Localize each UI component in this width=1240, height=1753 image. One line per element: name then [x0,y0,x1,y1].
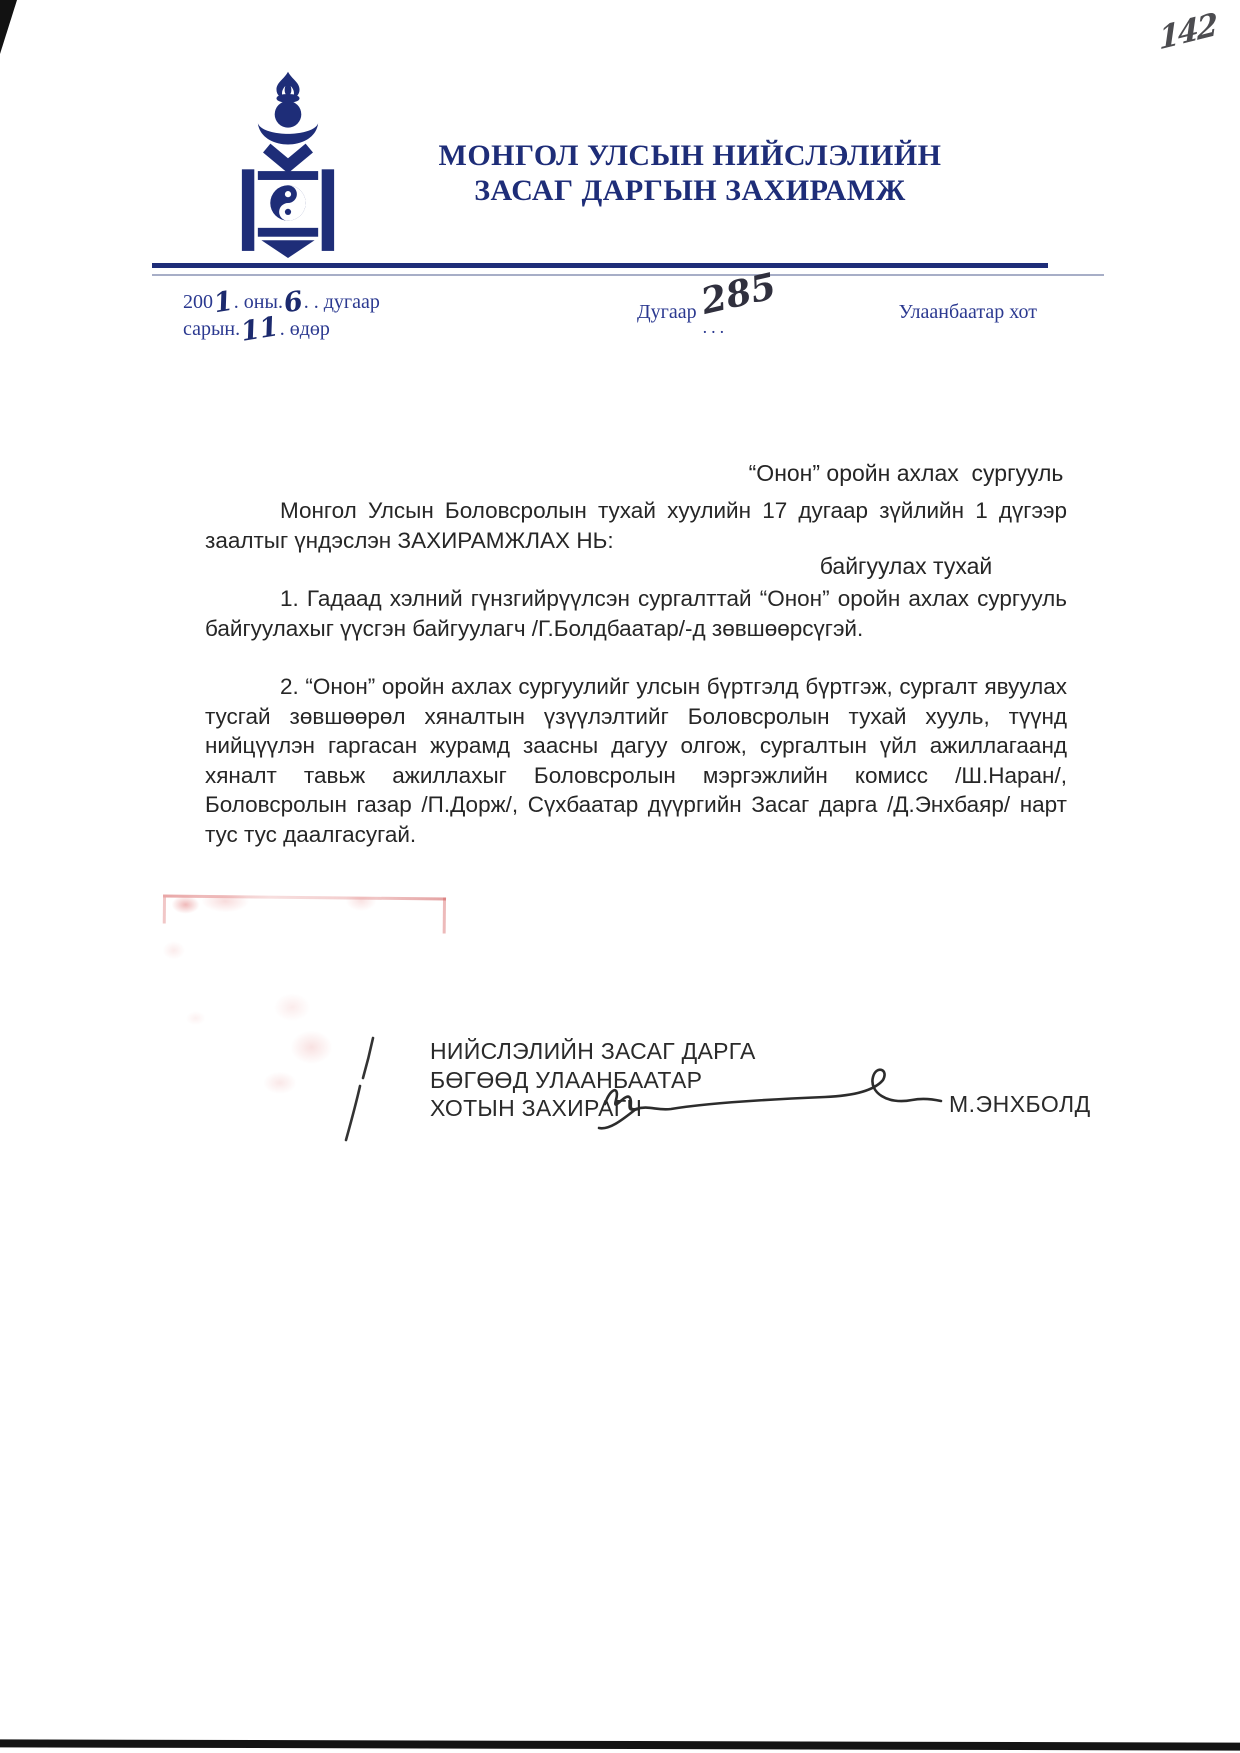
red-stamp-left-edge [163,898,166,924]
signature-stroke [585,1058,985,1138]
date-line2: сарын.11. өдөр [183,316,380,343]
signatory-name: М.ЭНХБОЛД [949,1091,1091,1118]
header-rule-thin [152,274,1104,276]
header-rule [152,263,1048,268]
red-stamp-corner [443,897,446,933]
handwritten-month-digit: 6 [284,302,303,305]
red-stamp-top-edge [163,895,446,901]
pen-slash-stroke [340,1028,385,1148]
letterhead-title: МОНГОЛ УЛСЫН НИЙСЛЭЛИЙН ЗАСАГ ДАРГЫН ЗАХ… [370,138,1010,208]
red-stamp [161,895,446,1097]
handwritten-day-digit: 11 [241,327,278,333]
soyombo-emblem [229,70,347,258]
city-label: Улаанбаатар хот [899,301,1037,324]
scan-artifact-corner [0,0,17,54]
paragraph-intro: Монгол Улсын Боловсролын тухай хуулийн 1… [205,496,1067,555]
date-line1: 2001. оны.6. . дугаар [183,289,380,316]
handwritten-year-digit: 1 [214,302,233,305]
handwritten-page-number: 142 [1158,7,1216,58]
subject-line1: “Онон” оройн ахлах сургууль [722,458,1090,489]
scan-artifact-bottom-edge [0,1739,1240,1750]
document-page: 142 МОНГОЛ УЛСЫН НИЙСЛЭЛИЙН ЗАСАГ ДАРГЫН… [0,0,1240,1753]
decree-number-block: Дугаар285... [637,301,776,324]
decree-number-dots: ... [703,317,729,338]
letterhead-title-line2: ЗАСАГ ДАРГЫН ЗАХИРАМЖ [370,173,1010,208]
letterhead-title-line1: МОНГОЛ УЛСЫН НИЙСЛЭЛИЙН [370,138,1010,173]
date-block: 2001. оны.6. . дугаар сарын.11. өдөр [183,289,380,343]
directive-item-1: 1. Гадаад хэлний гүнзгийрүүлсэн сургалтт… [205,584,1067,643]
handwritten-decree-number: 285 [702,286,775,303]
subject-line2: байгуулах тухай [722,551,1090,582]
directive-item-2: 2. “Онон” оройн ахлах сургуулийг улсын б… [205,672,1067,849]
decree-number-label: Дугаар [637,301,697,323]
